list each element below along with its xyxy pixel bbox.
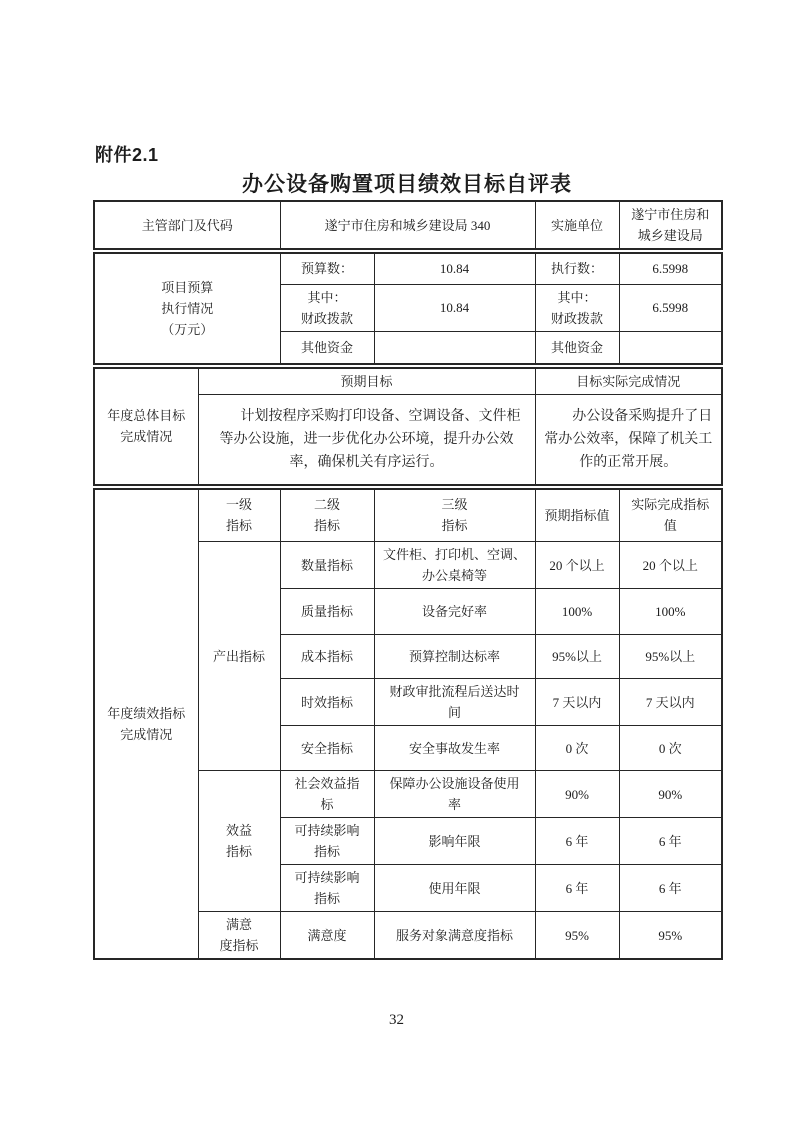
- cell-expected-value: 7 天以内: [535, 679, 619, 726]
- cell-level2: 成本指标: [280, 635, 374, 679]
- cell-level2: 社会效益指 标: [280, 771, 374, 818]
- cell-level1-benefit: 效益 指标: [198, 771, 280, 912]
- cell-header-level3: 三级 指标: [374, 489, 535, 542]
- cell-header-level2: 二级 指标: [280, 489, 374, 542]
- document-page: 附件2.1 办公设备购置项目绩效目标自评表 主管部门及代码 遂宁市住房和城乡建设…: [0, 0, 793, 1122]
- cell-expected-goal-text: 计划按程序采购打印设备、空调设备、文件柜等办公设施，进一步优化办公环境，提升办公…: [198, 395, 535, 485]
- cell-level3: 安全事故发生率: [374, 726, 535, 771]
- cell-actual-value: 90%: [619, 771, 722, 818]
- dept-header-table: 主管部门及代码 遂宁市住房和城乡建设局 340 实施单位 遂宁市住房和 城乡建设…: [93, 200, 723, 250]
- cell-level3: 预算控制达标率: [374, 635, 535, 679]
- cell-actual-value: 6 年: [619, 865, 722, 912]
- page-title: 办公设备购置项目绩效目标自评表: [93, 168, 721, 198]
- cell-expected-value: 0 次: [535, 726, 619, 771]
- cell-actual-value: 95%以上: [619, 635, 722, 679]
- cell-level3: 财政审批流程后送达时 间: [374, 679, 535, 726]
- cell-level3: 文件柜、打印机、空调、 办公桌椅等: [374, 542, 535, 589]
- cell-actual-value: 6 年: [619, 818, 722, 865]
- cell-level2: 数量指标: [280, 542, 374, 589]
- table-row: 年度绩效指标 完成情况 一级 指标 二级 指标 三级 指标 预期指标值 实际完成…: [94, 489, 722, 542]
- cell-expected-value: 95%: [535, 912, 619, 960]
- cell-actual-goal-header: 目标实际完成情况: [535, 368, 722, 395]
- cell-actual-value: 100%: [619, 589, 722, 635]
- cell-impl-label: 实施单位: [535, 201, 619, 249]
- cell-level2: 可持续影响 指标: [280, 818, 374, 865]
- cell-level1-output: 产出指标: [198, 542, 280, 771]
- cell-indicators-section-label: 年度绩效指标 完成情况: [94, 489, 198, 960]
- cell-actual-value: 7 天以内: [619, 679, 722, 726]
- cell-actual-goal-text: 办公设备采购提升了日常办公效率，保障了机关工作的正常开展。: [535, 395, 722, 485]
- cell-level2: 可持续影响 指标: [280, 865, 374, 912]
- cell-level2: 质量指标: [280, 589, 374, 635]
- cell-header-level1: 一级 指标: [198, 489, 280, 542]
- cell-dept-label: 主管部门及代码: [94, 201, 280, 249]
- indicators-table: 年度绩效指标 完成情况 一级 指标 二级 指标 三级 指标 预期指标值 实际完成…: [93, 488, 723, 961]
- cell-expected-goal-header: 预期目标: [198, 368, 535, 395]
- cell-expected-value: 100%: [535, 589, 619, 635]
- cell-budget-label: 预算数：: [280, 253, 374, 284]
- cell-budget-label: 其中： 财政拨款: [280, 284, 374, 331]
- cell-level2: 满意度: [280, 912, 374, 960]
- cell-actual-value: 20 个以上: [619, 542, 722, 589]
- cell-level3: 使用年限: [374, 865, 535, 912]
- cell-header-expected: 预期指标值: [535, 489, 619, 542]
- cell-budget-label: 执行数：: [535, 253, 619, 284]
- cell-budget-label: 其他资金: [535, 331, 619, 364]
- cell-level3: 服务对象满意度指标: [374, 912, 535, 960]
- table-row: 年度总体目标 完成情况 预期目标 目标实际完成情况: [94, 368, 722, 395]
- cell-level1-satisfaction: 满意 度指标: [198, 912, 280, 960]
- page-number: 32: [0, 1012, 793, 1029]
- evaluation-table: 主管部门及代码 遂宁市住房和城乡建设局 340 实施单位 遂宁市住房和 城乡建设…: [93, 200, 721, 960]
- cell-expected-value: 6 年: [535, 865, 619, 912]
- cell-goal-section-label: 年度总体目标 完成情况: [94, 368, 198, 485]
- cell-actual-value: 95%: [619, 912, 722, 960]
- cell-budget-value: 6.5998: [619, 253, 722, 284]
- table-row: 主管部门及代码 遂宁市住房和城乡建设局 340 实施单位 遂宁市住房和 城乡建设…: [94, 201, 722, 249]
- budget-table: 项目预算 执行情况 （万元） 预算数： 10.84 执行数： 6.5998 其中…: [93, 252, 723, 365]
- cell-actual-value: 0 次: [619, 726, 722, 771]
- cell-expected-value: 90%: [535, 771, 619, 818]
- cell-expected-value: 95%以上: [535, 635, 619, 679]
- cell-level3: 保障办公设施设备使用 率: [374, 771, 535, 818]
- cell-budget-value: [374, 331, 535, 364]
- attachment-label: 附件2.1: [95, 141, 159, 167]
- cell-expected-value: 20 个以上: [535, 542, 619, 589]
- table-row: 项目预算 执行情况 （万元） 预算数： 10.84 执行数： 6.5998: [94, 253, 722, 284]
- cell-budget-value: 6.5998: [619, 284, 722, 331]
- cell-dept-value: 遂宁市住房和城乡建设局 340: [280, 201, 535, 249]
- cell-budget-value: 10.84: [374, 253, 535, 284]
- cell-level3: 设备完好率: [374, 589, 535, 635]
- cell-level2: 时效指标: [280, 679, 374, 726]
- cell-level2: 安全指标: [280, 726, 374, 771]
- cell-budget-value: [619, 331, 722, 364]
- cell-budget-label: 其他资金: [280, 331, 374, 364]
- cell-budget-section-label: 项目预算 执行情况 （万元）: [94, 253, 280, 364]
- cell-header-actual: 实际完成指标 值: [619, 489, 722, 542]
- cell-expected-value: 6 年: [535, 818, 619, 865]
- cell-budget-value: 10.84: [374, 284, 535, 331]
- cell-budget-label: 其中： 财政拨款: [535, 284, 619, 331]
- cell-level3: 影响年限: [374, 818, 535, 865]
- annual-goal-table: 年度总体目标 完成情况 预期目标 目标实际完成情况 计划按程序采购打印设备、空调…: [93, 367, 723, 486]
- cell-impl-value: 遂宁市住房和 城乡建设局: [619, 201, 722, 249]
